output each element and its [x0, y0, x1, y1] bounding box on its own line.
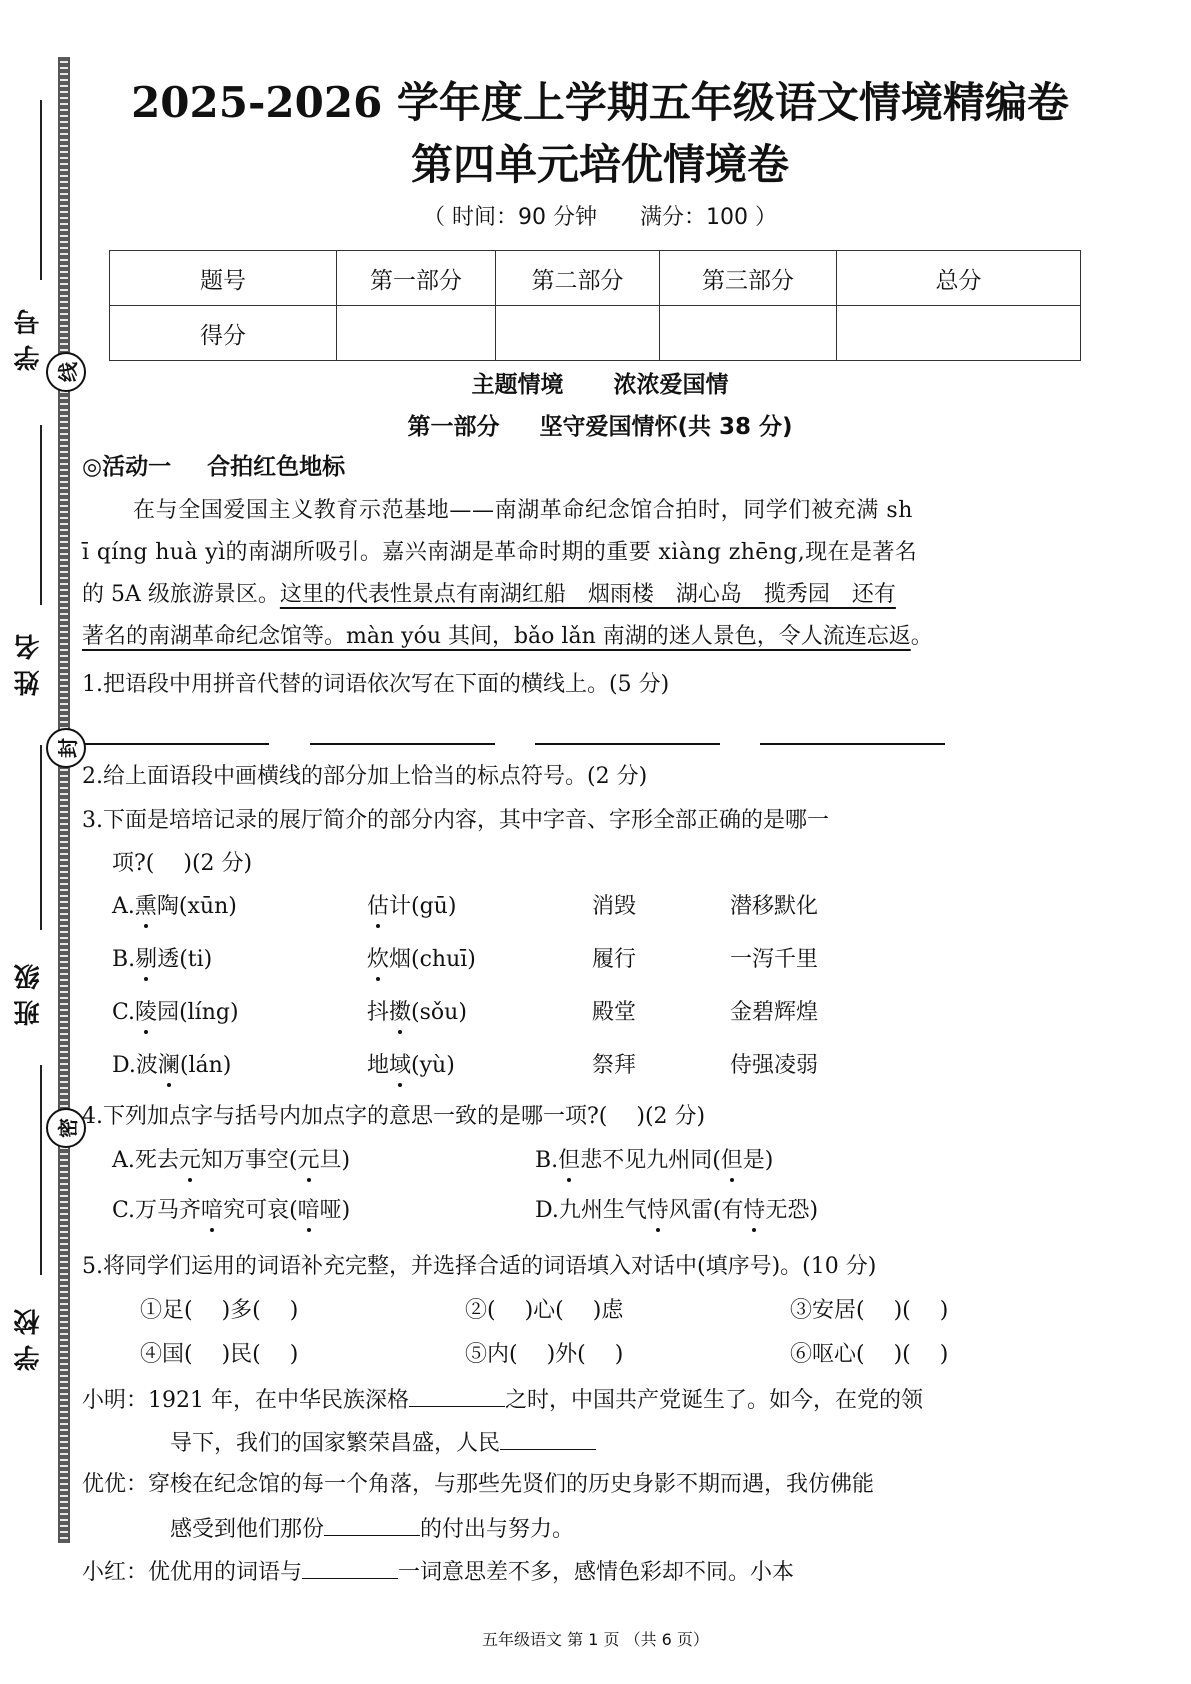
- option-text: 悲不见九州同(: [580, 1148, 721, 1173]
- score-table-score-row: 得分: [110, 306, 1081, 361]
- option-letter: B.: [112, 947, 135, 972]
- option-idiom: 侍强凌弱: [730, 1051, 818, 1081]
- q5-item-1[interactable]: ①足( )多( ): [140, 1296, 298, 1326]
- option-letter: D.: [112, 1053, 136, 1078]
- dotted-char: 域: [389, 1051, 411, 1081]
- option-word: 园(líng): [157, 1000, 239, 1025]
- answer-blank-1[interactable]: [84, 743, 269, 745]
- dotted-char: 澜: [158, 1051, 180, 1081]
- name-label: 姓名: [10, 615, 50, 705]
- speaker-name: 优优：: [82, 1472, 148, 1497]
- student-id-label: 学号: [10, 290, 50, 380]
- option-idiom: 一泻千里: [730, 945, 818, 975]
- seal-xian: 线: [46, 352, 86, 392]
- option-letter: C.: [112, 1000, 135, 1025]
- underlined-passage-part2: 著名的南湖革命纪念馆等。màn yóu 其间，bǎo lǎn 南湖的迷人景色，令…: [82, 624, 911, 649]
- dotted-char: 喑: [298, 1196, 320, 1226]
- passage-line-3: 的 5A 级旅游景区。这里的代表性景点有南湖红船 烟雨楼 湖心岛 揽秀园 还有: [82, 580, 896, 610]
- part1-title: 坚守爱国情怀(共 38 分): [539, 414, 792, 440]
- question-3: 3.下面是培培记录的展厅简介的部分内容，其中字音、字形全部正确的是哪一: [82, 806, 829, 836]
- option-text: D.九州生气: [535, 1198, 647, 1223]
- dotted-char: 剔: [135, 945, 157, 975]
- activity1-heading: ◎活动一合拍红色地标: [82, 452, 345, 482]
- fill-blank[interactable]: [302, 1556, 398, 1579]
- dotted-char: 恃: [647, 1196, 669, 1226]
- dotted-char: 元: [298, 1146, 320, 1176]
- q5-item-5[interactable]: ⑤内( )外( ): [465, 1340, 623, 1370]
- q4-option-b[interactable]: B.但悲不见九州同(但是): [535, 1146, 773, 1176]
- question-2: 2.给上面语段中画横线的部分加上恰当的标点符号。(2 分): [82, 762, 647, 792]
- dialogue-youyou: 优优：穿梭在纪念馆的每一个角落，与那些先贤们的历史身影不期而遇，我仿佛能: [82, 1470, 874, 1500]
- dialogue-text: 穿梭在纪念馆的每一个角落，与那些先贤们的历史身影不期而遇，我仿佛能: [148, 1472, 874, 1497]
- passage-line-3-plain: 的 5A 级旅游景区。: [82, 582, 280, 607]
- question-5: 5.将同学们运用的词语补充完整，并选择合适的词语填入对话中(填序号)。(10 分…: [82, 1252, 876, 1282]
- answer-blank-2[interactable]: [310, 743, 495, 745]
- theme-title: 浓浓爱国情: [614, 372, 729, 398]
- seal-mi: 密: [46, 1108, 86, 1148]
- dialogue-text: 的付出与努力。: [420, 1517, 574, 1542]
- option-text: A.死去: [112, 1148, 179, 1173]
- dialogue-text: 感受到他们那份: [170, 1517, 324, 1542]
- seal-feng: 封: [46, 728, 86, 768]
- dialogue-text: 导下，我们的国家繁荣昌盛，人民: [170, 1431, 500, 1456]
- option-text: 旦): [320, 1148, 351, 1173]
- option-idiom: 潜移默化: [730, 892, 818, 922]
- part1-label: 第一部分: [407, 414, 499, 440]
- row-label: 得分: [110, 306, 337, 361]
- option-word: (yù): [411, 1053, 455, 1078]
- option-word: 波: [136, 1053, 158, 1078]
- option-word: 殿堂: [592, 998, 636, 1028]
- dotted-char: 恃: [743, 1196, 765, 1226]
- dialogue-xiaoming: 小明：1921 年，在中华民族深格之时，中国共产党诞生了。如今，在党的领: [82, 1384, 923, 1416]
- theme-label: 主题情境: [472, 372, 564, 398]
- q4-option-d[interactable]: D.九州生气恃风雷(有恃无恐): [535, 1196, 818, 1226]
- header-cell: 第一部分: [337, 251, 496, 306]
- class-blank: [40, 745, 42, 930]
- dotted-char: 喑: [201, 1196, 223, 1226]
- header-cell: 第三部分: [660, 251, 837, 306]
- exam-title: 2025-2026 学年度上学期五年级语文情境精编卷: [100, 70, 1100, 130]
- fill-blank[interactable]: [500, 1427, 596, 1450]
- passage-line-1: 在与全国爱国主义教育示范基地——南湖革命纪念馆合拍时，同学们被充满 sh: [133, 496, 913, 526]
- option-word: 履行: [592, 945, 636, 975]
- option-text: 知万事空(: [201, 1148, 298, 1173]
- passage-line-4: 著名的南湖革命纪念馆等。màn yóu 其间，bǎo lǎn 南湖的迷人景色，令…: [82, 622, 933, 652]
- q5-item-2[interactable]: ②( )心( )虑: [465, 1296, 623, 1326]
- binding-dotted-bar: [58, 57, 70, 1543]
- option-word: (sǒu): [411, 1000, 467, 1025]
- class-label: 班级: [10, 945, 50, 1035]
- score-cell[interactable]: [660, 306, 837, 361]
- dotted-char: 陵: [135, 998, 157, 1028]
- option-word: 抖: [367, 1000, 389, 1025]
- q4-option-c[interactable]: C.万马齐喑究可哀(喑哑): [112, 1196, 350, 1226]
- option-letter: A.: [112, 894, 135, 919]
- time-limit: （ 时间：90 分钟: [423, 205, 597, 230]
- answer-blank-4[interactable]: [760, 743, 945, 745]
- score-cell[interactable]: [337, 306, 496, 361]
- q5-item-3[interactable]: ③安居( )( ): [790, 1296, 948, 1326]
- dotted-char: 擞: [389, 998, 411, 1028]
- option-word: 烟(chuī): [389, 947, 476, 972]
- dialogue-xiaoming-cont: 导下，我们的国家繁荣昌盛，人民: [170, 1427, 596, 1459]
- part1-heading: 第一部分坚守爱国情怀(共 38 分): [100, 408, 1100, 441]
- option-idiom: 金碧辉煌: [730, 998, 818, 1028]
- school-label: 学校: [10, 1290, 50, 1380]
- question-1: 1.把语段中用拼音代替的词语依次写在下面的横线上。(5 分): [82, 670, 669, 700]
- theme-heading: 主题情境浓浓爱国情: [100, 366, 1100, 399]
- dotted-char: 估: [367, 892, 389, 922]
- dialogue-text: 之时，中国共产党诞生了。如今，在党的领: [505, 1388, 923, 1413]
- passage-end-mark: 。: [911, 624, 933, 649]
- option-text: C.万马齐: [112, 1198, 201, 1223]
- option-text: 风雷(有: [669, 1198, 744, 1223]
- option-word: 祭拜: [592, 1051, 636, 1081]
- option-text: 究可哀(: [223, 1198, 298, 1223]
- name-blank: [40, 425, 42, 605]
- total-score-cell[interactable]: [837, 306, 1081, 361]
- question-4: 4.下列加点字与括号内加点字的意思一致的是哪一项?( )(2 分): [82, 1102, 705, 1132]
- header-cell: 第二部分: [496, 251, 660, 306]
- dialogue-xiaohong: 小红：优优用的词语与一词意思差不多，感情色彩却不同。小本: [82, 1556, 794, 1588]
- exam-subtitle: 第四单元培优情境卷: [100, 132, 1100, 192]
- option-word: 消毁: [592, 892, 636, 922]
- dialogue-text: 一词意思差不多，感情色彩却不同。小本: [398, 1560, 794, 1585]
- question-3-answer: 项?( )(2 分): [112, 849, 252, 879]
- score-table: 题号 第一部分 第二部分 第三部分 总分 得分: [109, 250, 1081, 361]
- dialogue-text: 1921 年，在中华民族深格: [148, 1388, 409, 1413]
- activity1-title: 合拍红色地标: [207, 454, 345, 480]
- dotted-char: 元: [179, 1146, 201, 1176]
- option-text: 是): [743, 1148, 774, 1173]
- option-word: 地: [367, 1053, 389, 1078]
- header-cell: 总分: [837, 251, 1081, 306]
- dotted-char: 炊: [367, 945, 389, 975]
- option-text: 哑): [320, 1198, 351, 1223]
- speaker-name: 小明：: [82, 1388, 148, 1413]
- option-word: 陶(xūn): [157, 894, 237, 919]
- fill-blank[interactable]: [409, 1384, 505, 1407]
- student-id-blank: [40, 100, 42, 280]
- score-table-header-row: 题号 第一部分 第二部分 第三部分 总分: [110, 251, 1081, 306]
- option-text: 无恐): [765, 1198, 818, 1223]
- dotted-char: 熏: [135, 892, 157, 922]
- option-word: 计(gū): [389, 894, 456, 919]
- q4-option-a[interactable]: A.死去元知万事空(元旦): [112, 1146, 350, 1176]
- header-cell: 题号: [110, 251, 337, 306]
- option-word: 透(ti): [157, 947, 212, 972]
- score-cell[interactable]: [496, 306, 660, 361]
- fill-blank[interactable]: [324, 1513, 420, 1536]
- dialogue-youyou-cont: 感受到他们那份的付出与努力。: [170, 1513, 574, 1545]
- dotted-char: 但: [558, 1146, 580, 1176]
- speaker-name: 小红：: [82, 1560, 148, 1585]
- option-word: (lán): [180, 1053, 232, 1078]
- q5-item-4[interactable]: ④国( )民( ): [140, 1340, 298, 1370]
- dotted-char: 但: [721, 1146, 743, 1176]
- q5-item-6[interactable]: ⑥呕心( )( ): [790, 1340, 948, 1370]
- passage-line-2: ī qíng huà yì的南湖所吸引。嘉兴南湖是革命时期的重要 xiàng z…: [82, 538, 917, 568]
- option-text: B.: [535, 1148, 558, 1173]
- exam-meta: （ 时间：90 分钟 满分：100 ）: [100, 200, 1100, 231]
- underlined-passage-part1: 这里的代表性景点有南湖红船 烟雨楼 湖心岛 揽秀园 还有: [280, 582, 896, 607]
- page-footer: 五年级语文 第 1 页 （共 6 页）: [0, 1627, 1191, 1650]
- school-blank: [40, 1065, 42, 1275]
- activity1-prefix: ◎活动一: [82, 454, 171, 480]
- full-score: 满分：100 ）: [640, 205, 777, 230]
- answer-blank-3[interactable]: [535, 743, 720, 745]
- dialogue-text: 优优用的词语与: [148, 1560, 302, 1585]
